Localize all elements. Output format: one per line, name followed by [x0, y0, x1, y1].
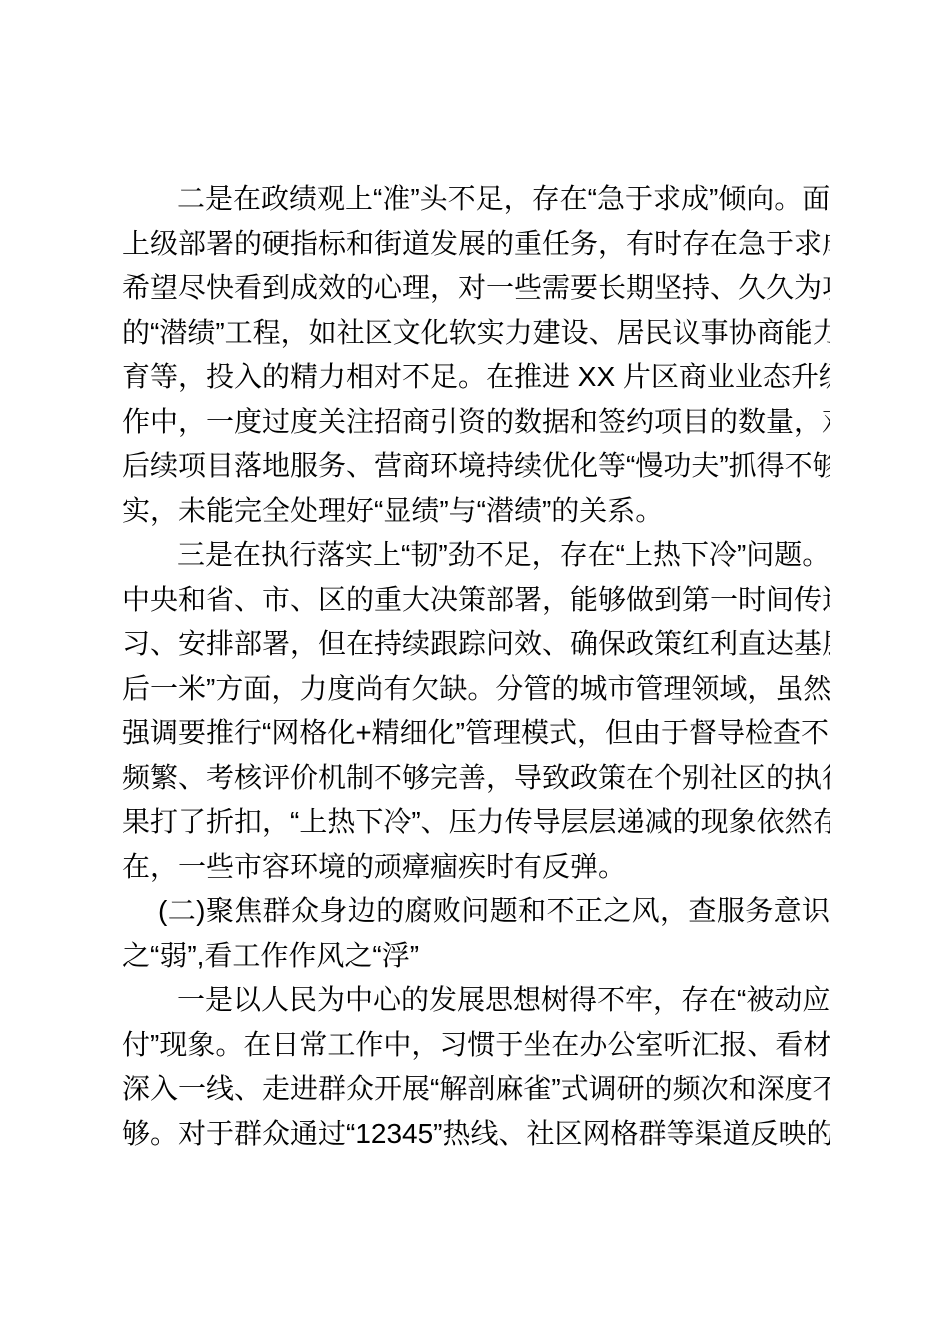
text-line: 作中，一度过度关注招商引资的数据和签约项目的数量，对于	[122, 400, 830, 445]
paragraph-3: 一是以人民为中心的发展思想树得不牢，存在“被动应 付”现象。在日常工作中，习惯于…	[122, 978, 830, 1156]
text-line: 强调要推行“网格化+精细化”管理模式，但由于督导检查不够	[122, 711, 830, 756]
text-line: 希望尽快看到成效的心理，对一些需要长期坚持、久久为功	[122, 266, 830, 311]
text-line: 习、安排部署，但在持续跟踪问效、确保政策红利直达基层“最	[122, 622, 830, 667]
text-line: 之“弱”,看工作作风之“浮”	[122, 934, 830, 979]
paragraph-1: 二是在政绩观上“准”头不足，存在“急于求成”倾向。面对 上级部署的硬指标和街道发…	[122, 177, 830, 533]
paragraph-2: 三是在执行落实上“韧”劲不足，存在“上热下冷”问题。对 中央和省、市、区的重大决…	[122, 533, 830, 889]
text-line: 够。对于群众通过“12345”热线、社区网格群等渠道反映的诉	[122, 1112, 830, 1157]
text-line: 实，未能完全处理好“显绩”与“潜绩”的关系。	[122, 489, 830, 534]
text-line: 的“潜绩”工程，如社区文化软实力建设、居民议事协商能力培	[122, 311, 830, 356]
text-line: 后续项目落地服务、营商环境持续优化等“慢功夫”抓得不够	[122, 444, 830, 489]
text-line: 三是在执行落实上“韧”劲不足，存在“上热下冷”问题。对	[122, 533, 830, 578]
text-line: 频繁、考核评价机制不够完善，导致政策在个别社区的执行效	[122, 756, 830, 801]
text-line: 上级部署的硬指标和街道发展的重任务，有时存在急于求成、	[122, 222, 830, 267]
text-line: (二)聚焦群众身边的腐败问题和不正之风，查服务意识	[122, 889, 830, 934]
text-line: 育等，投入的精力相对不足。在推进 XX 片区商业业态升级工	[122, 355, 830, 400]
document-content: 二是在政绩观上“准”头不足，存在“急于求成”倾向。面对 上级部署的硬指标和街道发…	[122, 177, 830, 1156]
text-line: 后一米”方面，力度尚有欠缺。分管的城市管理领域，虽然多次	[122, 667, 830, 712]
text-line: 付”现象。在日常工作中，习惯于坐在办公室听汇报、看材料，	[122, 1023, 830, 1068]
text-line: 果打了折扣，“上热下冷”、压力传导层层递减的现象依然存	[122, 800, 830, 845]
document-page: 二是在政绩观上“准”头不足，存在“急于求成”倾向。面对 上级部署的硬指标和街道发…	[0, 0, 950, 1344]
text-line: 一是以人民为中心的发展思想树得不牢，存在“被动应	[122, 978, 830, 1023]
text-line: 中央和省、市、区的重大决策部署，能够做到第一时间传达学	[122, 578, 830, 623]
text-line: 在，一些市容环境的顽瘴痼疾时有反弹。	[122, 845, 830, 890]
text-line: 深入一线、走进群众开展“解剖麻雀”式调研的频次和深度不	[122, 1067, 830, 1112]
section-heading: (二)聚焦群众身边的腐败问题和不正之风，查服务意识 之“弱”,看工作作风之“浮”	[122, 889, 830, 978]
text-line: 二是在政绩观上“准”头不足，存在“急于求成”倾向。面对	[122, 177, 830, 222]
